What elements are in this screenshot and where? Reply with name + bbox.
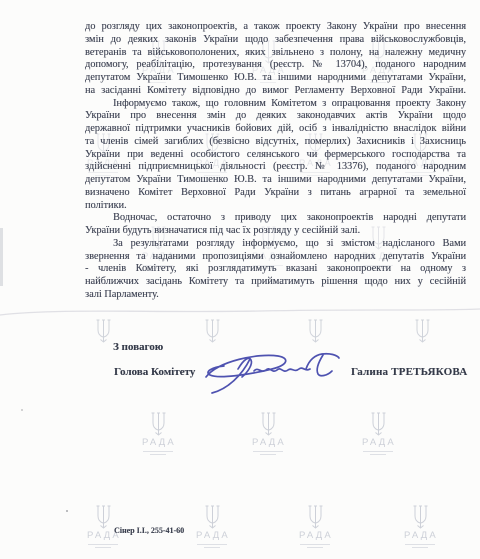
tryzub-trident-icon [413,319,432,344]
watermark-subtext-line [405,544,435,545]
text-line: державної підтримки учасників бойових ді… [85,123,466,136]
scan-dot-artifact [66,510,68,512]
verkhovna-rada-watermark: РАДА [350,412,406,455]
watermark-label: РАДА [287,531,343,541]
tryzub-trident-icon [203,505,222,530]
signer-title: Голова Комітету [114,366,195,378]
watermark-subtext-line [412,547,428,548]
tryzub-trident-icon [203,319,222,344]
paragraph-2: Інформуємо також, що головним Комітетом … [85,98,466,213]
tryzub-trident-icon [306,505,325,530]
text-line: України про внесення змін до деяких зако… [85,110,466,123]
text-line: України при веденні особистого селянсько… [85,149,466,162]
tryzub-trident-icon [259,412,278,437]
signer-name: Галина ТРЕТЬЯКОВА [351,366,467,378]
text-line: звернення та наданими пропозиціями ознай… [85,251,466,264]
watermark-subtext-line [95,547,111,548]
tryzub-trident-icon [306,319,325,344]
scanned-letter-page: РАДА РАДА РАДА РАДА РАДА [0,0,480,559]
watermark-label: РАДА [184,531,240,541]
text-line: політики. [85,200,466,213]
text-line: Водночас, остаточно з приводу цих законо… [85,212,466,225]
verkhovna-rada-watermark: РАДА [287,505,343,548]
text-line: допомогу, реабілітацію, протезування (ре… [85,59,466,72]
text-line: найближчих засідань Комітету та приймати… [85,276,466,289]
letter-body: до розгляду цих законопроектів, а також … [85,21,466,302]
watermark-subtext-line [363,451,393,452]
text-line: депутатом України Тимошенко Ю.В. та інши… [85,72,466,85]
watermark-subtext-line [253,451,283,452]
watermark-subtext-line [88,544,118,545]
verkhovna-rada-watermark: РАДА [130,412,186,455]
footer-contact: Сінер І.І., 255-41-60 [114,526,184,535]
watermark-subtext-line [260,454,276,455]
watermark-label: РАДА [130,438,186,448]
watermark-subtext-line [370,454,386,455]
text-line: депутатом України Тимошенко Ю.В. та інши… [85,174,466,187]
watermark-subtext-line [300,544,330,545]
watermark-label: РАДА [240,438,296,448]
verkhovna-rada-watermark [394,319,450,344]
verkhovna-rada-watermark: РАДА [184,505,240,548]
verkhovna-rada-watermark [287,319,343,344]
text-line: здійсненні підприємницької діяльності (р… [85,161,466,174]
text-line: змін до деяких законів України щодо забе… [85,34,466,47]
verkhovna-rada-watermark: РАДА [392,505,448,548]
tryzub-trident-icon [369,412,388,437]
tryzub-trident-icon [411,505,430,530]
tryzub-trident-icon [94,319,113,344]
tryzub-trident-icon [149,412,168,437]
watermark-subtext-line [307,547,323,548]
text-line: ветеранів та військовополонених, яких зв… [85,47,466,60]
text-line: визначено Комітет Верховної Ради України… [85,187,466,200]
text-line: - членів Комітету, які розглядатимуть вк… [85,263,466,276]
watermark-subtext-line [150,454,166,455]
paragraph-4: За результатами розгляду інформуємо, що … [85,238,466,302]
verkhovna-rada-watermark: РАДА [240,412,296,455]
tryzub-trident-icon [94,505,113,530]
text-line: Інформуємо також, що головним Комітетом … [85,98,466,111]
handwritten-signature-icon [198,347,348,397]
watermark-subtext-line [143,451,173,452]
watermark-label: РАДА [350,438,406,448]
paragraph-1: до розгляду цих законопроектів, а також … [85,21,466,98]
salutation: З повагою [113,341,163,353]
watermark-label: РАДА [392,531,448,541]
paragraph-3: Водночас, остаточно з приводу цих законо… [85,212,466,238]
text-line: залі Парламенту. [85,289,466,302]
scan-dot-artifact [21,409,23,411]
text-line: до розгляду цих законопроектів, а також … [85,21,466,34]
text-line: України будуть визначатися під час їх ро… [85,225,466,238]
text-line: та членів сімей загиблих (безвісно відсу… [85,136,466,149]
verkhovna-rada-watermark [184,319,240,344]
watermark-subtext-line [204,547,220,548]
watermark-subtext-line [197,544,227,545]
text-line: За результатами розгляду інформуємо, що … [85,238,466,251]
scan-edge-artifact [0,228,3,286]
text-line: на засіданні Комітету відповідно до вимо… [85,85,466,98]
